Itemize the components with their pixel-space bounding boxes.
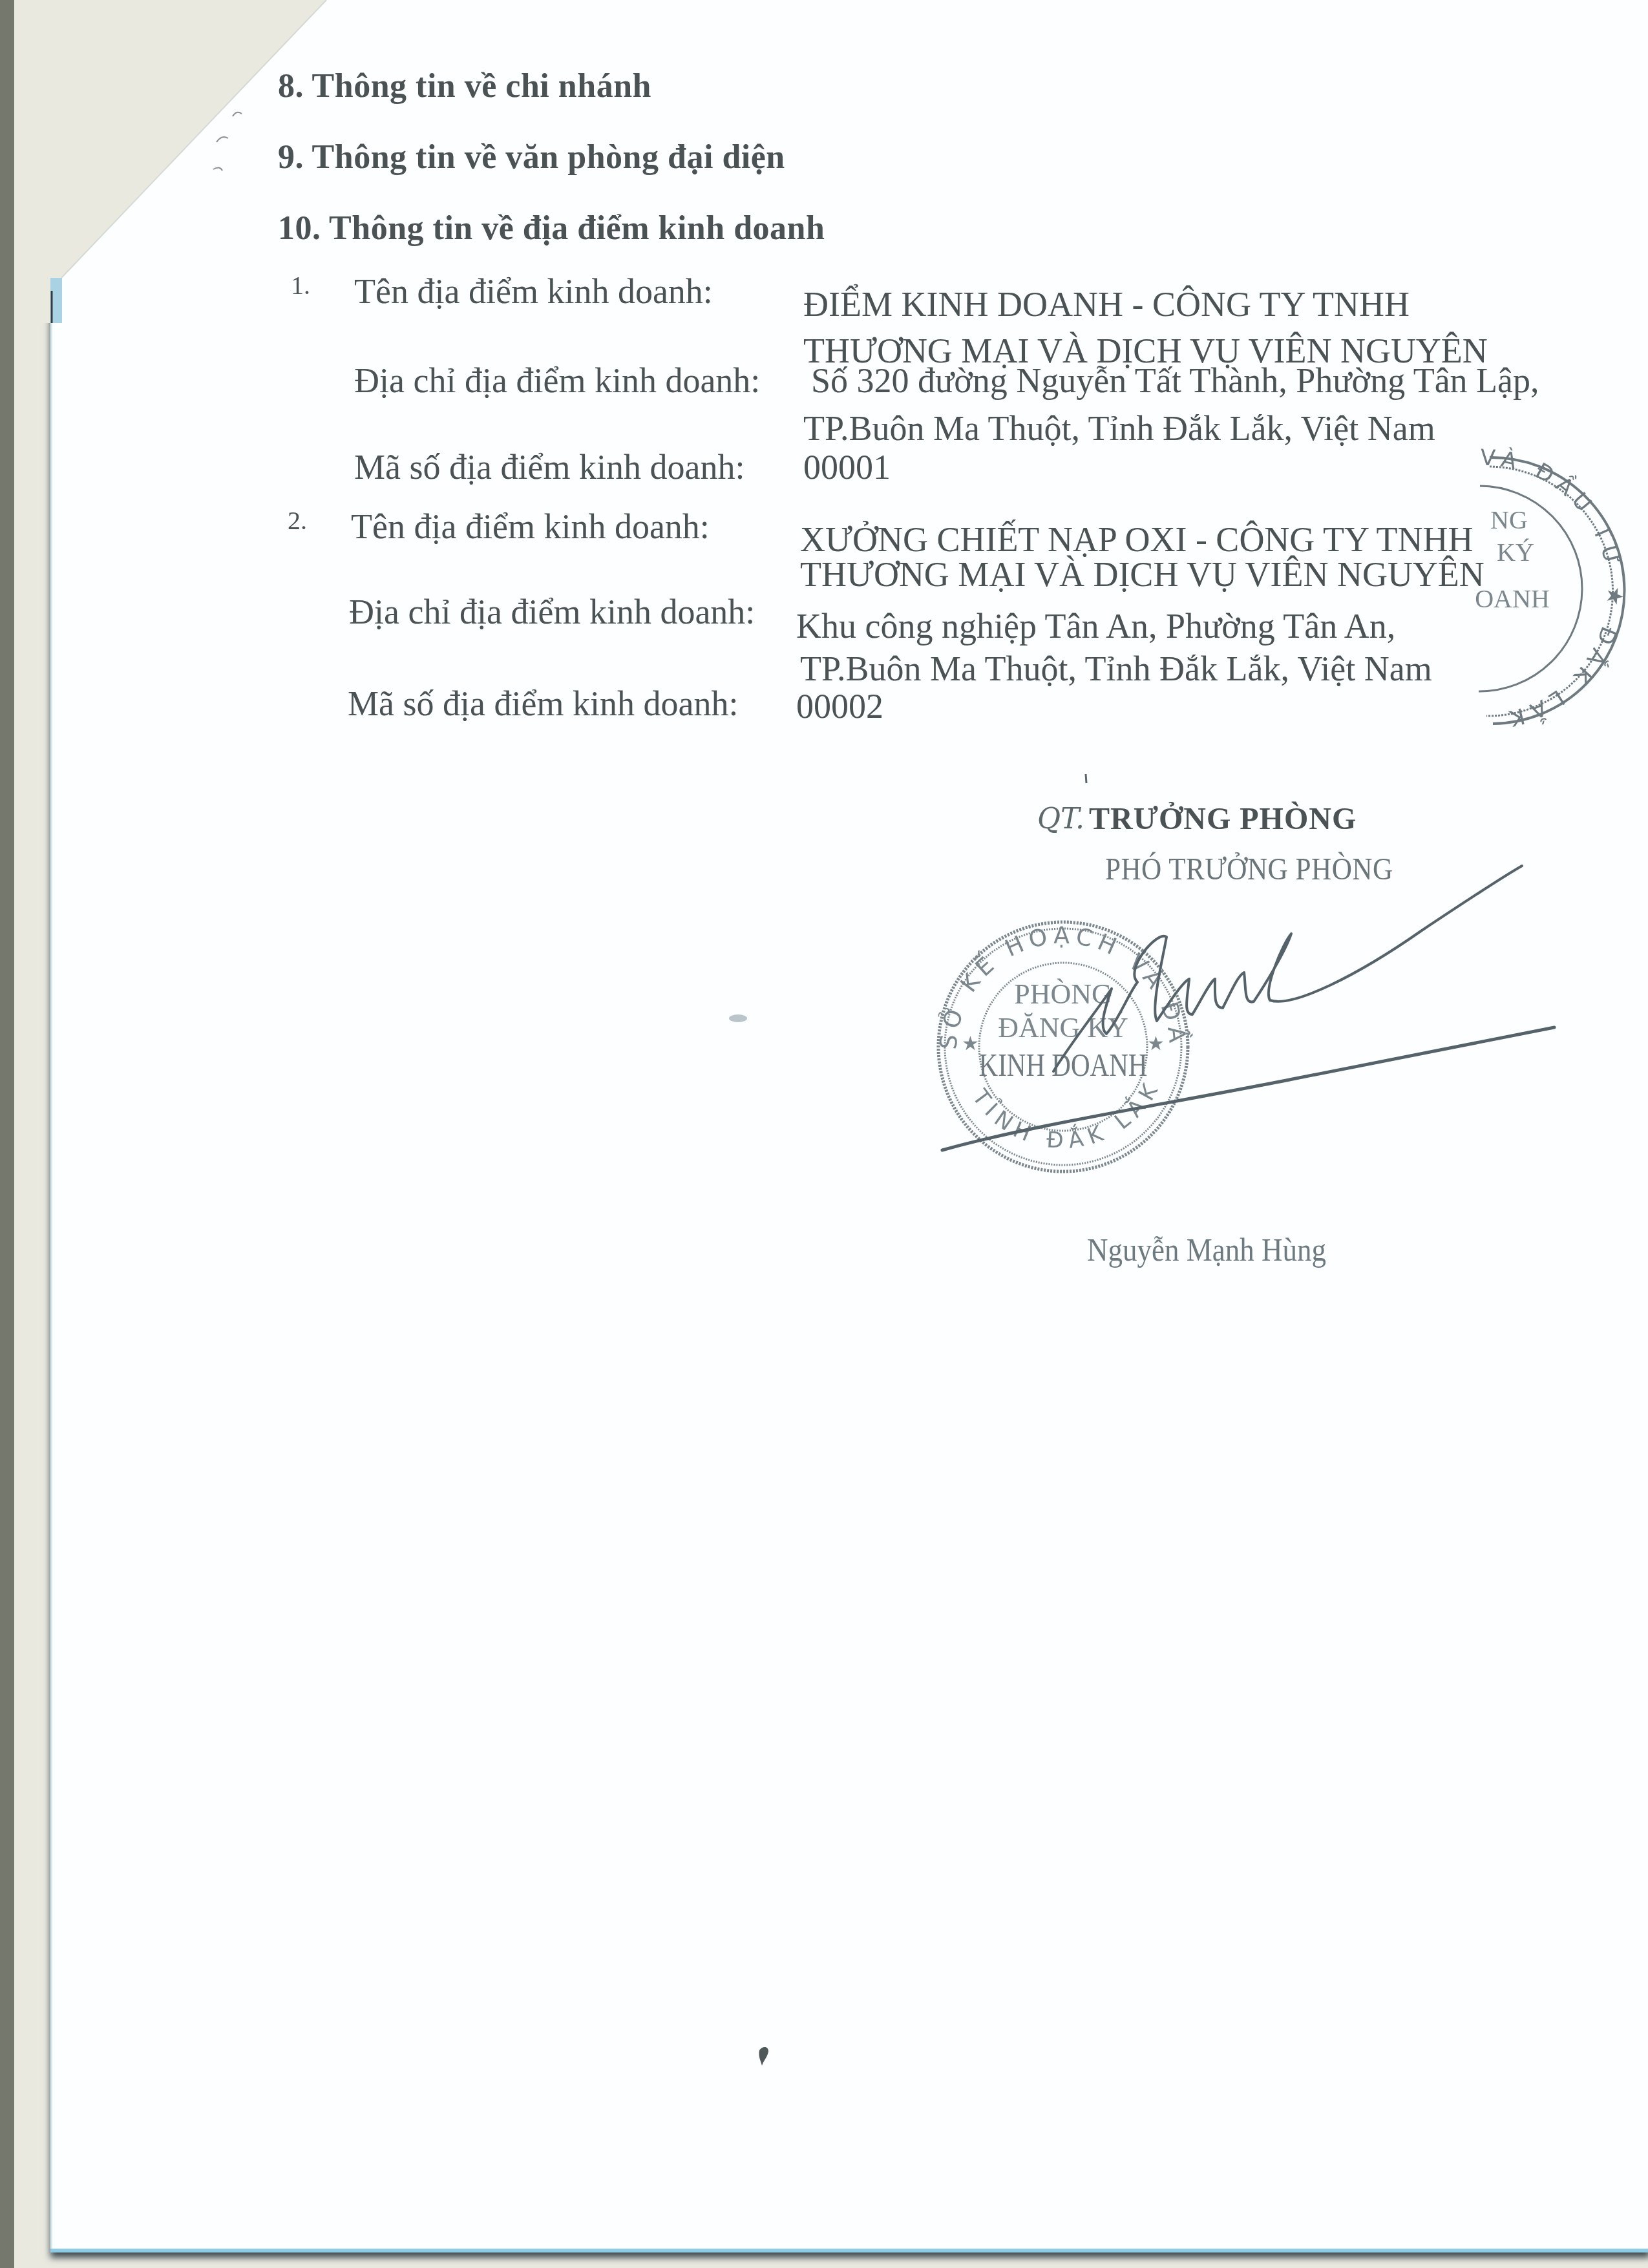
location-address-label: Địa chỉ địa điểm kinh doanh: <box>349 592 755 632</box>
location-address-line-2: TP.Buôn Ma Thuột, Tỉnh Đắk Lắk, Việt Nam <box>800 649 1432 689</box>
location-name-line-2: THƯƠNG MẠI VÀ DỊCH VỤ VIÊN NGUYÊN <box>800 554 1484 594</box>
location-address-line-1: Số 320 đường Nguyễn Tất Thành, Phường Tâ… <box>811 361 1539 401</box>
location-name-label: Tên địa điểm kinh doanh: <box>351 507 710 547</box>
section-heading-branch: 8. Thông tin về chi nhánh <box>278 67 651 105</box>
scanner-edge-strip <box>0 0 14 2268</box>
location-name-label: Tên địa điểm kinh doanh: <box>354 271 713 311</box>
location-index: 2. <box>288 505 307 536</box>
handwritten-acting-prefix: QT. <box>1037 803 1084 835</box>
location-name-line-1: ĐIỂM KINH DOANH - CÔNG TY TNHH <box>803 284 1410 324</box>
location-name-line-1: XƯỞNG CHIẾT NẠP OXI - CÔNG TY TNHH <box>800 520 1473 560</box>
location-code-label: Mã số địa điểm kinh doanh: <box>354 447 745 487</box>
location-code: 00001 <box>803 447 891 487</box>
signer-title: TRƯỞNG PHÒNG <box>1089 801 1357 837</box>
location-code-label: Mã số địa điểm kinh doanh: <box>348 684 738 724</box>
location-code: 00002 <box>796 686 883 726</box>
location-address-line-2: TP.Buôn Ma Thuột, Tỉnh Đắk Lắk, Việt Nam <box>803 408 1435 448</box>
signer-subtitle: PHÓ TRƯỞNG PHÒNG <box>1105 852 1393 887</box>
signer-name: Nguyễn Mạnh Hùng <box>1087 1231 1326 1268</box>
section-heading-rep-office: 9. Thông tin về văn phòng đại diện <box>278 138 785 176</box>
location-address-line-1: Khu công nghiệp Tân An, Phường Tân An, <box>796 606 1395 646</box>
section-heading-business-location: 10. Thông tin về địa điểm kinh doanh <box>278 209 825 247</box>
location-address-label: Địa chỉ địa điểm kinh doanh: <box>354 361 760 401</box>
location-index: 1. <box>291 270 310 300</box>
